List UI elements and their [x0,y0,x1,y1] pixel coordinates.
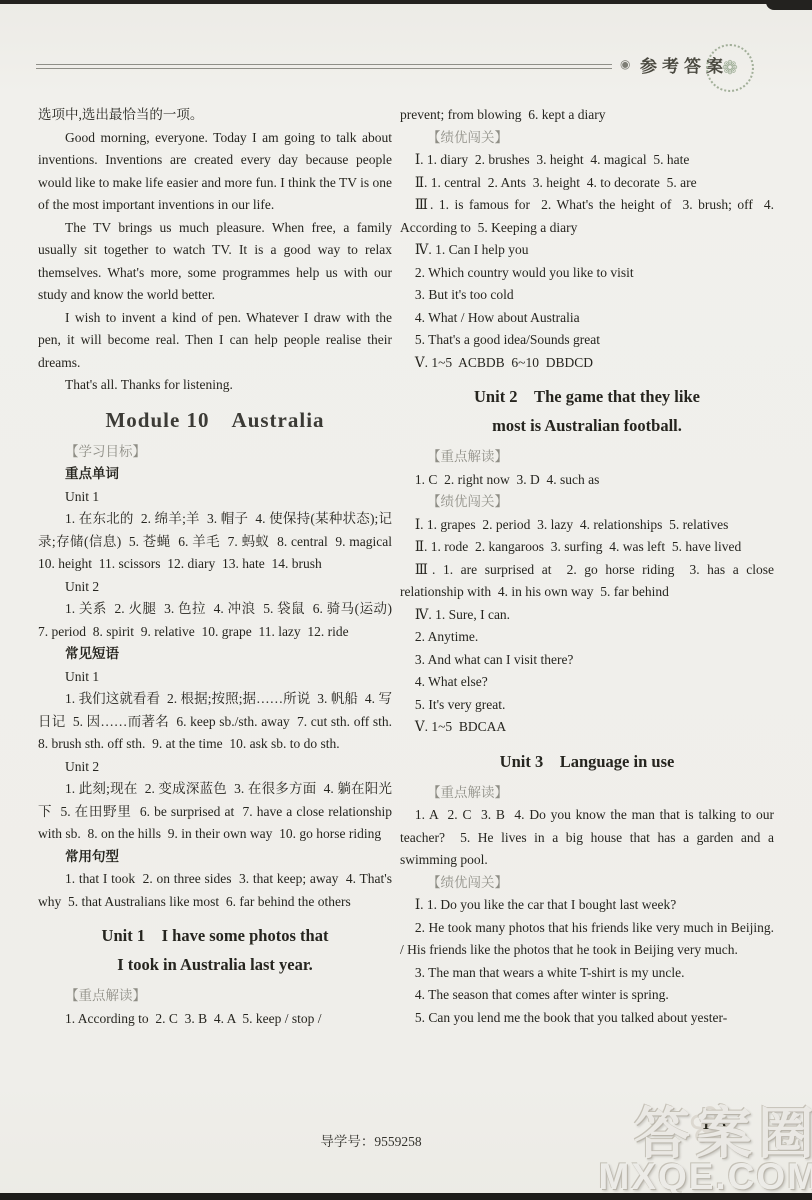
text-block: prevent; from blowing 6. kept a diary [400,104,774,127]
text-block: Ⅲ. 1. is famous for 2. What's the height… [400,194,774,239]
text-block: 4. What else? [400,671,774,694]
stamp-flower-icon: ❁ [722,57,738,80]
scanned-answer-page: ◉ 参考答案 ❁ 选项中,选出最恰当的一项。Good morning, ever… [0,0,812,1200]
text-block: Unit 3 Language in use [400,747,774,776]
text-block: 【学习目标】 [38,441,392,464]
text-block: 【重点解读】 [400,446,774,469]
scan-edge-bottom [0,1193,812,1200]
text-block: 1. that I took 2. on three sides 3. that… [38,868,392,913]
text-block: 【绩优闯关】 [400,872,774,895]
text-block: 2. Anytime. [400,626,774,649]
page-number-stamp: ❀ 175 [680,1104,750,1158]
text-block: 【绩优闯关】 [400,127,774,150]
text-block: Ⅴ. 1~5 ACBDB 6~10 DBDCD [400,352,774,375]
text-block: Unit 1 I have some photos that I took in… [38,921,392,979]
header-rule [36,64,612,69]
text-block: 1. 在东北的 2. 绵羊;羊 3. 帽子 4. 使保持(某种状态);记录;存储… [38,508,392,576]
text-block: Ⅱ. 1. rode 2. kangaroos 3. surfing 4. wa… [400,536,774,559]
text-block: The TV brings us much pleasure. When fre… [38,217,392,307]
scan-edge-top [0,0,812,4]
text-block: 【重点解读】 [400,782,774,805]
text-block: 1. 此刻;现在 2. 变成深蓝色 3. 在很多方面 4. 躺在阳光下 5. 在… [38,778,392,846]
text-block: Ⅳ. 1. Can I help you [400,239,774,262]
text-block: Ⅰ. 1. grapes 2. period 3. lazy 4. relati… [400,514,774,537]
text-block: 3. The man that wears a white T-shirt is… [400,962,774,985]
text-block: Unit 2 [38,756,392,779]
guide-number: 导学号：9559258 [0,1130,742,1150]
ornament-icon: ◉ [620,57,630,72]
text-block: 2. He took many photos that his friends … [400,917,774,962]
text-block: 5. Can you lend me the book that you tal… [400,1007,774,1030]
text-block: 【重点解读】 [38,985,392,1008]
watermark-site-text: MXQE.COM [598,1156,812,1198]
text-block: 1. C 2. right now 3. D 4. such as [400,469,774,492]
text-block: 3. But it's too cold [400,284,774,307]
text-block: 1. A 2. C 3. B 4. Do you know the man th… [400,804,774,872]
text-block: 常用句型 [38,846,392,869]
text-block: 4. What / How about Australia [400,307,774,330]
text-block: 2. Which country would you like to visit [400,262,774,285]
page-header: ◉ 参考答案 ❁ [0,44,812,96]
text-block: Good morning, everyone. Today I am going… [38,127,392,217]
scan-edge-top-right [766,0,812,10]
right-text-column: prevent; from blowing 6. kept a diary【绩优… [400,104,774,1029]
text-block: That's all. Thanks for listening. [38,374,392,397]
text-block: I wish to invent a kind of pen. Whatever… [38,307,392,375]
text-block: 重点单词 [38,463,392,486]
text-block: Unit 1 [38,486,392,509]
text-block: Ⅰ. 1. diary 2. brushes 3. height 4. magi… [400,149,774,172]
text-block: Unit 1 [38,666,392,689]
text-block: 1. 我们这就看看 2. 根据;按照;据……所说 3. 帆船 4. 写日记 5.… [38,688,392,756]
decorative-stamp-icon: ❁ [706,44,754,92]
text-block: Ⅴ. 1~5 BDCAA [400,716,774,739]
text-block: 5. That's a good idea/Sounds great [400,329,774,352]
left-text-column: 选项中,选出最恰当的一项。Good morning, everyone. Tod… [38,104,392,1030]
text-block: 1. 关系 2. 火腿 3. 色拉 4. 冲浪 5. 袋鼠 6. 骑马(运动) … [38,598,392,643]
text-block: Ⅱ. 1. central 2. Ants 3. height 4. to de… [400,172,774,195]
text-block: Unit 2 [38,576,392,599]
text-block: Ⅳ. 1. Sure, I can. [400,604,774,627]
text-block: Module 10 Australia [38,407,392,433]
text-block: 常见短语 [38,643,392,666]
text-block: 4. The season that comes after winter is… [400,984,774,1007]
text-block: Ⅰ. 1. Do you like the car that I bought … [400,894,774,917]
text-block: 5. It's very great. [400,694,774,717]
text-block: 选项中,选出最恰当的一项。 [38,104,392,127]
page-number: 175 [702,1116,726,1134]
text-block: 【绩优闯关】 [400,491,774,514]
text-block: 3. And what can I visit there? [400,649,774,672]
text-block: 1. According to 2. C 3. B 4. A 5. keep /… [38,1008,392,1031]
text-block: Unit 2 The game that they like most is A… [400,382,774,440]
text-block: Ⅲ. 1. are surprised at 2. go horse ridin… [400,559,774,604]
